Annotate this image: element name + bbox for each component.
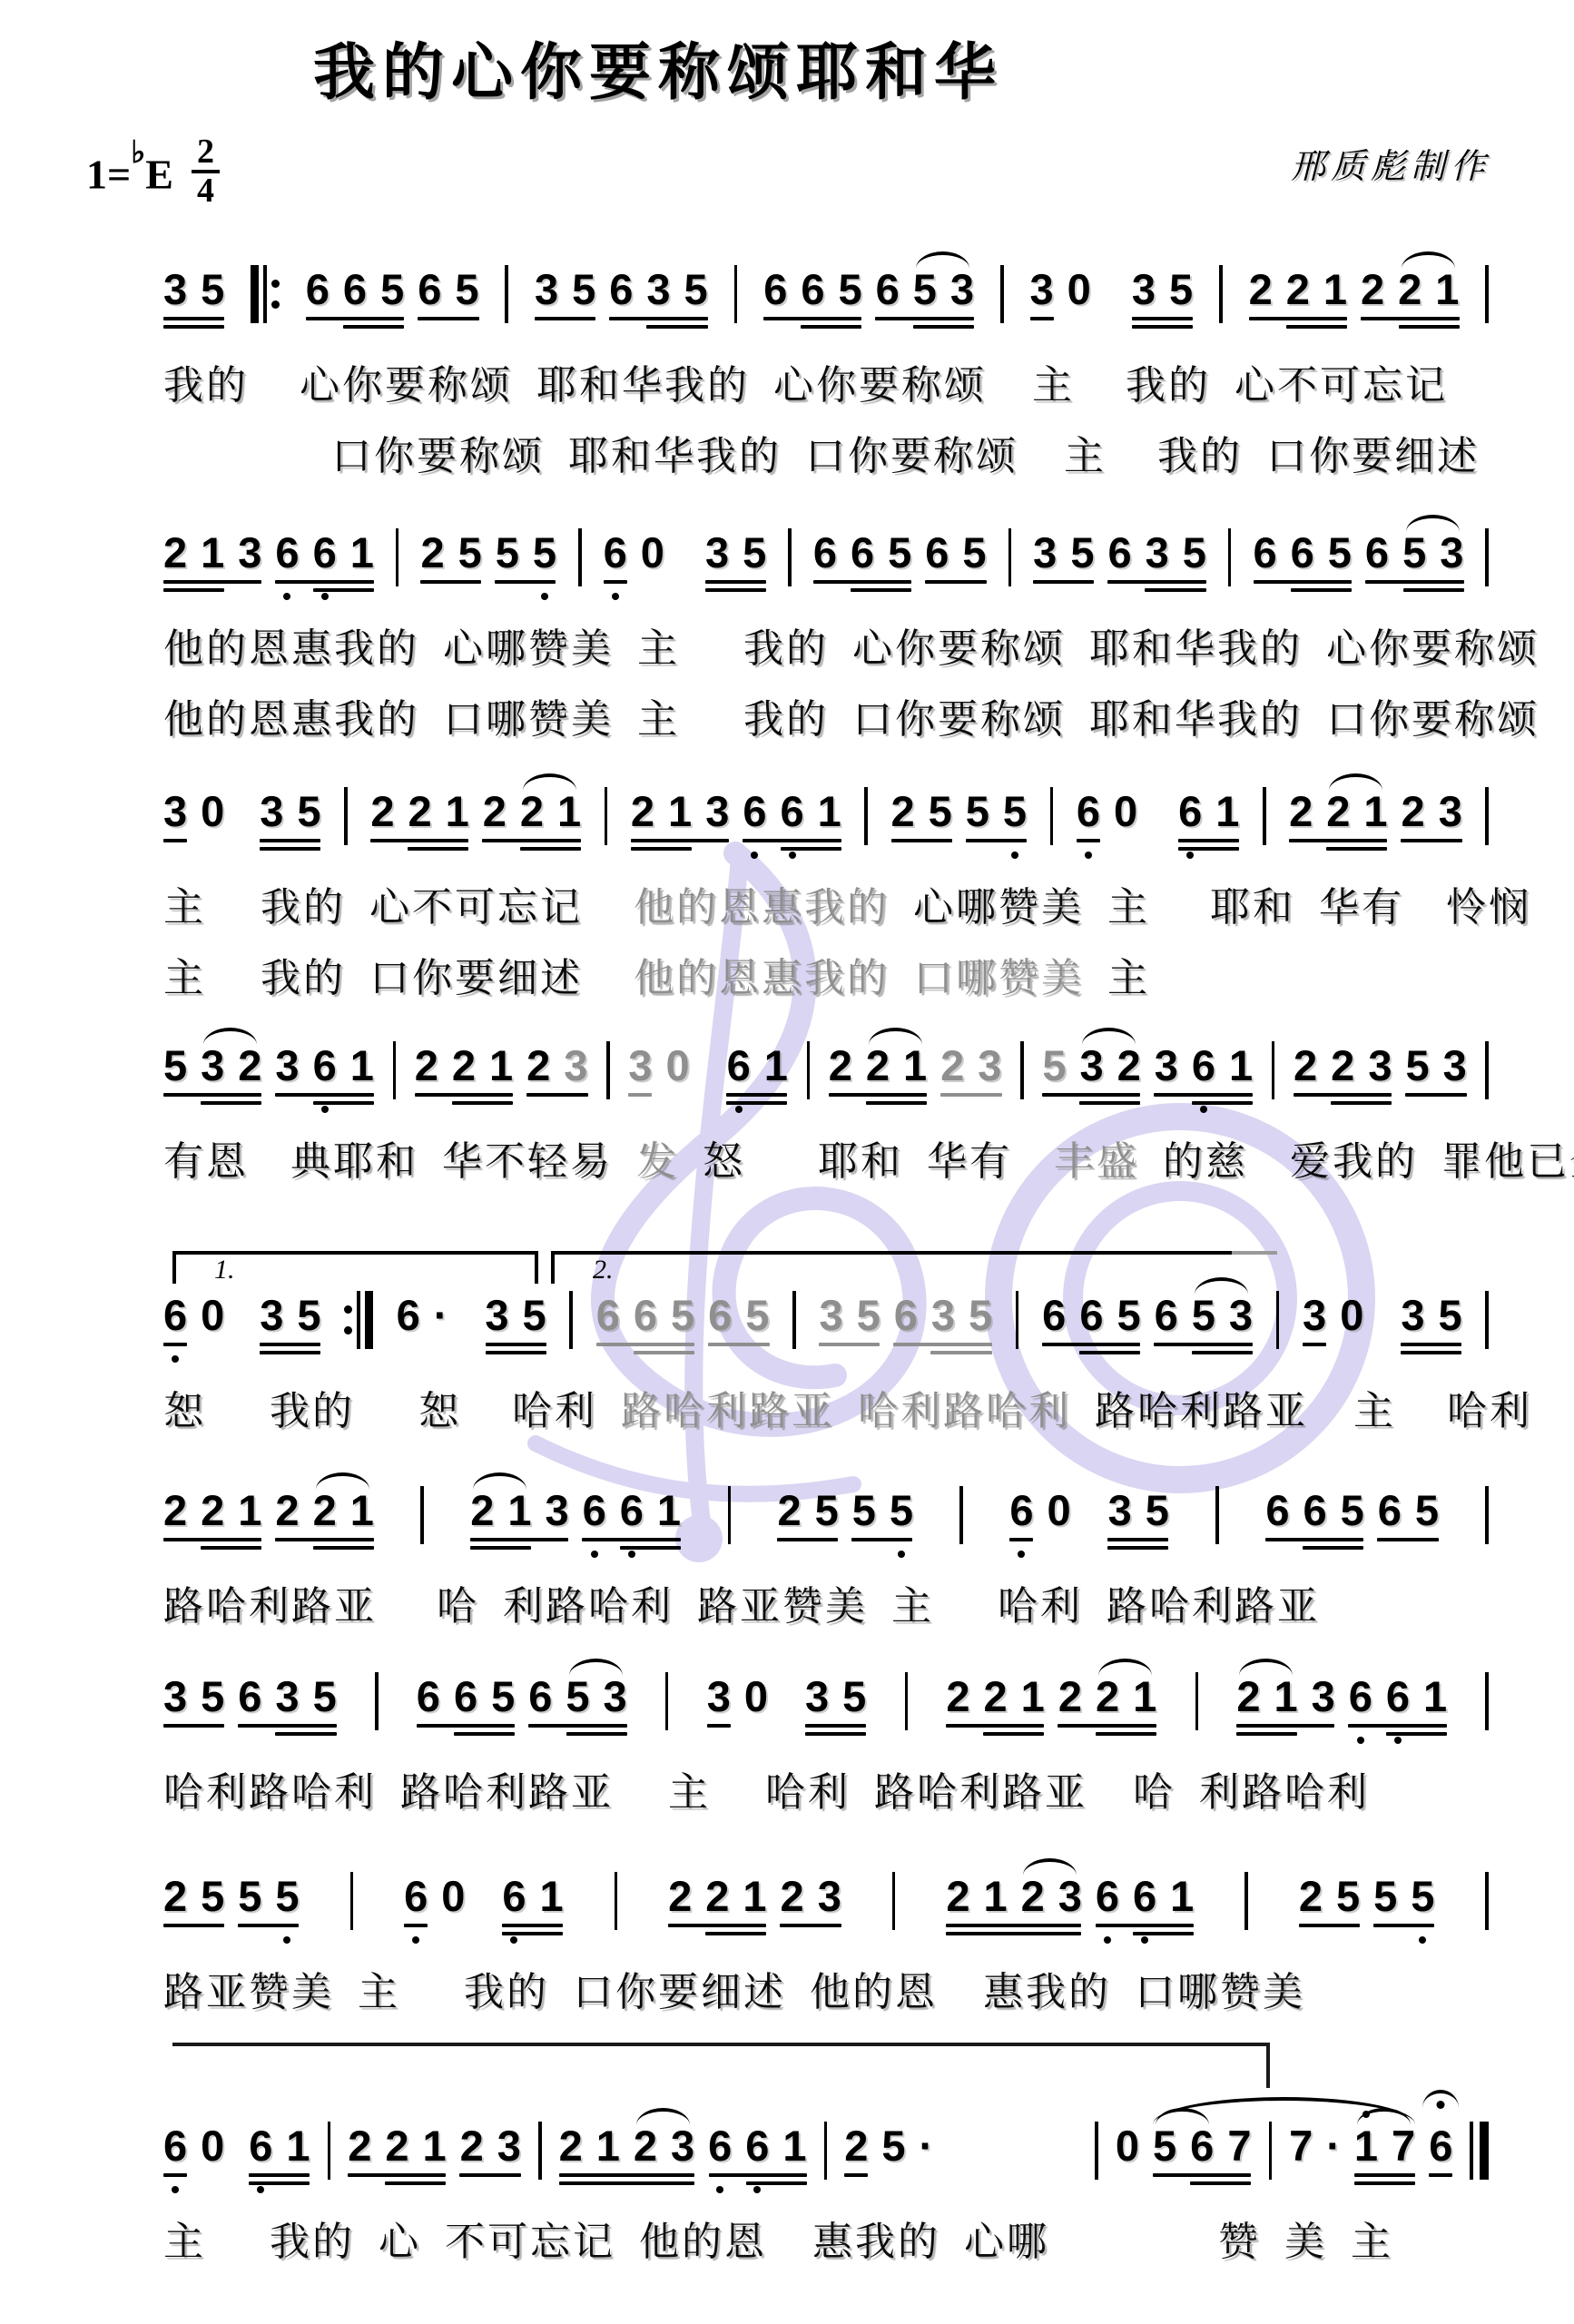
music-system: 3566565356356656533035221221我的心你要称颂耶和华我的… xyxy=(163,268,1489,481)
note: 6 xyxy=(1265,1489,1289,1531)
tie-arc xyxy=(203,1028,257,1045)
note: 5 xyxy=(966,790,989,832)
note: 1 xyxy=(1133,1675,1156,1718)
beam-line-2 xyxy=(502,1932,563,1935)
note: 6 xyxy=(418,268,441,310)
barline-thin xyxy=(1485,528,1489,586)
beam-line xyxy=(1401,839,1462,842)
note: 3 xyxy=(1033,531,1057,574)
note-row: 30352212212136612555606122123 xyxy=(163,790,1489,862)
beam-line-2 xyxy=(1401,1351,1461,1354)
beam-line xyxy=(1254,580,1352,584)
barline-re xyxy=(344,1291,373,1349)
note: 2 xyxy=(634,2124,657,2167)
beam-line xyxy=(1042,1343,1140,1346)
lyric: 口你要细述 xyxy=(1266,423,1480,481)
note: 1 xyxy=(1021,1675,1045,1718)
lyric: 耶和华我的 xyxy=(1089,615,1303,674)
note: 2 xyxy=(946,1875,969,1917)
beam-line xyxy=(891,839,952,842)
note: 3 xyxy=(950,268,974,310)
lyric-line: 路亚赞美主我的口你要细述他的恩惠我的口哪赞美 xyxy=(163,1959,1489,2017)
measure: 6061 xyxy=(1077,790,1240,862)
note: 6 xyxy=(249,2124,272,2167)
barline-thin xyxy=(824,2122,828,2180)
beam-line xyxy=(470,1538,568,1541)
note: 5 xyxy=(297,790,320,832)
note: 6 xyxy=(1192,1044,1215,1087)
note: 3 xyxy=(1030,268,1054,310)
beam-line xyxy=(1178,839,1239,842)
note: 2 xyxy=(1361,268,1384,310)
note: 3 xyxy=(1401,1294,1424,1336)
beam-line-2 xyxy=(260,847,320,851)
note: 5 xyxy=(890,1489,913,1531)
beam-line xyxy=(780,1924,841,1927)
note: 2 xyxy=(1402,790,1425,832)
beam-line-2 xyxy=(470,1546,531,1550)
note: 1 xyxy=(596,2124,620,2167)
beam-line-2 xyxy=(1354,2181,1415,2185)
note: 5 xyxy=(1341,1489,1364,1531)
lyric: 惠我的 xyxy=(983,1959,1111,2017)
beam-line xyxy=(1154,1343,1253,1346)
note: 7 xyxy=(1392,2124,1415,2167)
measure: 22123 xyxy=(1289,790,1462,862)
spacer xyxy=(950,2124,1077,2130)
note: 5 xyxy=(201,268,224,310)
note: 0 xyxy=(441,1875,465,1917)
barline-thin xyxy=(1272,1041,1275,1099)
barline-thin xyxy=(1228,528,1232,586)
measure: 25· xyxy=(844,2124,933,2196)
barline-fin xyxy=(1470,2122,1489,2180)
lyric: 主 xyxy=(163,945,206,1003)
note: 2 xyxy=(631,790,654,832)
note: 0 xyxy=(201,2124,224,2167)
barline-thin xyxy=(605,787,608,845)
note: 1 xyxy=(903,1044,927,1087)
beam-line-2 xyxy=(452,1101,513,1105)
lyric: 我的 xyxy=(1126,352,1211,410)
lyric: 主 xyxy=(637,615,680,674)
lyric: 心 xyxy=(379,2209,421,2267)
note: 3 xyxy=(1058,1875,1082,1917)
note: 3 xyxy=(1443,1044,1467,1087)
lyric: 利路哈利 xyxy=(503,1573,674,1631)
barline-thin xyxy=(393,1041,397,1099)
beam-line xyxy=(1030,317,1054,320)
beam-line xyxy=(163,580,261,584)
beam-line xyxy=(1354,2173,1415,2177)
note: 2 xyxy=(866,1044,890,1087)
note: 5 xyxy=(201,1875,224,1917)
note: 2 xyxy=(1021,1875,1045,1917)
lyric: 赞 xyxy=(1218,2209,1261,2267)
measure: 7·176 xyxy=(1289,2124,1452,2196)
lyric: 心你要称颂 xyxy=(773,352,987,410)
barline-thin xyxy=(1485,1872,1489,1930)
beam-line-2 xyxy=(343,325,404,329)
beam-line xyxy=(275,1538,374,1541)
note: 2 xyxy=(1294,1044,1317,1087)
lyric: 哈 xyxy=(437,1573,479,1631)
beam-line xyxy=(370,839,468,842)
lyric: 路亚赞美 xyxy=(163,1959,334,2017)
tie-arc xyxy=(316,1472,369,1490)
barline-thin xyxy=(1244,1872,1248,1930)
note: 7 xyxy=(1289,2124,1313,2167)
beam-line xyxy=(1107,1538,1168,1541)
lyric: 他的恩惠我的 xyxy=(634,874,890,932)
beam-line-2 xyxy=(1286,325,1347,329)
beam-line-2 xyxy=(1303,1546,1363,1550)
note: 5 xyxy=(275,1875,299,1917)
lyric: 耶和 xyxy=(818,1128,903,1187)
note: 2 xyxy=(1058,1675,1082,1718)
note: 3 xyxy=(646,268,670,310)
beam-line xyxy=(1294,1093,1392,1097)
beam-line xyxy=(260,1343,320,1346)
fermata-dot xyxy=(1437,2101,1445,2109)
lyric: 口哪赞美 xyxy=(1135,1959,1305,2017)
beam-line xyxy=(1132,317,1193,320)
note: 5 xyxy=(857,1294,880,1336)
note: 2 xyxy=(829,1044,852,1087)
note: 2 xyxy=(238,1044,261,1087)
note: 2 xyxy=(1289,790,1313,832)
lyric: 耶和 xyxy=(1210,874,1295,932)
lyric: 恕 xyxy=(163,1378,206,1436)
note: 2 xyxy=(1299,1875,1323,1917)
note: 5 xyxy=(881,2124,905,2167)
note: 6 xyxy=(238,1675,261,1718)
note: 0 xyxy=(1114,790,1137,832)
note: 3 xyxy=(604,1675,627,1718)
note: 5 xyxy=(1415,1489,1439,1531)
lyric-line: 我的心你要称颂耶和华我的心你要称颂主我的心不可忘记 xyxy=(163,352,1489,410)
beam-line xyxy=(238,1724,337,1728)
lyric: 主 xyxy=(1351,2209,1393,2267)
note-row: 2212212136612555603566565 xyxy=(163,1489,1489,1561)
barline-thin xyxy=(1485,265,1489,323)
beam-line-2 xyxy=(408,847,468,851)
beam-line-2 xyxy=(559,2181,694,2185)
note: 0 xyxy=(1067,268,1091,310)
beam-line xyxy=(417,1724,515,1728)
note: 5 xyxy=(455,268,478,310)
measure: 6035 xyxy=(604,531,767,603)
beam-line xyxy=(404,1924,428,1927)
beam-line-2 xyxy=(1190,2181,1251,2185)
beam-line xyxy=(1249,317,1347,320)
beam-line xyxy=(163,1724,224,1728)
lyric-line: 他的恩惠我的口哪赞美主我的口你要称颂耶和华我的口你要称颂 xyxy=(163,686,1489,744)
lyric: 哈利 xyxy=(1447,1378,1532,1436)
beam-line xyxy=(1377,1538,1439,1541)
note: 5 xyxy=(913,268,937,310)
note: 2 xyxy=(520,790,544,832)
barline-thin xyxy=(1219,265,1223,323)
measure: 66565 xyxy=(596,1294,770,1365)
note: 1 xyxy=(668,790,692,832)
section-separator-line xyxy=(172,2043,1270,2088)
lyric: 心你要称颂 xyxy=(300,352,513,410)
measure: 6·35 xyxy=(397,1294,546,1365)
measure: 66565 xyxy=(1265,1489,1439,1561)
note: 3 xyxy=(163,1675,187,1718)
note: 5 xyxy=(297,1294,320,1336)
note: 0 xyxy=(201,790,224,832)
tie-arc xyxy=(1098,1659,1152,1676)
note: 2 xyxy=(940,1044,964,1087)
beam-line-2 xyxy=(1326,847,1387,851)
volta-2-extension-line xyxy=(1232,1251,1277,1255)
note: 1 xyxy=(1423,1675,1447,1718)
note: 5 xyxy=(969,1294,992,1336)
barline-thin xyxy=(807,1041,811,1099)
measure: 2555 xyxy=(891,790,1028,862)
lyric: 哈利 xyxy=(512,1378,597,1436)
barline-thin xyxy=(792,1291,796,1349)
note: 6 xyxy=(609,268,633,310)
note: 3 xyxy=(671,2124,694,2167)
note: 5 xyxy=(962,531,986,574)
lyric: 的慈 xyxy=(1163,1128,1248,1187)
note: 5 xyxy=(684,268,708,310)
note: 5 xyxy=(201,1675,224,1718)
lyric: 我的 xyxy=(743,686,829,744)
song-title: 我的心你要称颂耶和华 xyxy=(0,24,1316,112)
barline-thin xyxy=(1269,2122,1273,2180)
lyric: 路哈利路亚 xyxy=(400,1759,614,1817)
barline-thin xyxy=(344,787,348,845)
beam-line xyxy=(708,1343,770,1346)
lyric: 我的 xyxy=(743,615,829,674)
note: 6 xyxy=(397,1294,420,1336)
note: 1 xyxy=(350,1489,374,1531)
note: 2 xyxy=(163,1875,187,1917)
lyric: 主 xyxy=(891,1573,934,1631)
lyric: 罪他已全宽 xyxy=(1441,1128,1574,1187)
note: 0 xyxy=(744,1675,768,1718)
lyric: 主 xyxy=(1353,1378,1396,1436)
beam-line xyxy=(1348,1724,1447,1728)
music-system: 213661255560356656535635665653他的恩惠我的心哪赞美… xyxy=(163,531,1489,744)
note: 2 xyxy=(891,790,915,832)
music-system: 60356·3566565356356656533035恕我的恕哈利路哈利路亚哈… xyxy=(163,1294,1489,1436)
beam-line xyxy=(705,580,766,584)
note-row: 5323612212330612212353236122353 xyxy=(163,1044,1489,1116)
tie-arc xyxy=(1329,773,1382,791)
lyric: 我的 xyxy=(464,1959,549,2017)
barline-thin xyxy=(578,528,582,586)
note: 2 xyxy=(415,1044,438,1087)
beam-line-2 xyxy=(313,1546,374,1550)
note: 5 xyxy=(1336,1875,1360,1917)
music-system: 255560612212321236612555路亚赞美主我的口你要细述他的恩惠… xyxy=(163,1875,1489,2017)
note: 5 xyxy=(1070,531,1094,574)
tie-arc xyxy=(636,2108,690,2125)
lyric: 我的 xyxy=(1157,423,1243,481)
beam-line-2 xyxy=(946,1932,1081,1935)
lyric: 怜悯 xyxy=(1446,874,1531,932)
barline-thin xyxy=(728,1486,732,1544)
beam-line-2 xyxy=(313,588,374,592)
lyric: 主 xyxy=(1107,874,1150,932)
note: 5 xyxy=(496,531,519,574)
note: 2 xyxy=(163,531,187,574)
music-system: 5323612212330612212353236122353有恩典耶和华不轻易… xyxy=(163,1044,1489,1187)
note: 1 xyxy=(782,2124,806,2167)
barline-thin xyxy=(606,1041,610,1099)
beam-line xyxy=(707,1724,731,1728)
barline-thin xyxy=(788,528,792,586)
barline-thin xyxy=(905,1672,909,1730)
key-signature: 1=♭E 2 4 xyxy=(86,134,220,209)
barline-thin xyxy=(1485,1672,1489,1730)
lyric: 口你要称颂 xyxy=(331,423,545,481)
beam-line xyxy=(163,1343,187,1346)
note: 6 xyxy=(583,1489,606,1531)
note: 3 xyxy=(564,1044,587,1087)
beam-line xyxy=(1401,1343,1461,1346)
note: 6 xyxy=(763,268,787,310)
beam-line-2 xyxy=(520,847,581,851)
note: 5 xyxy=(929,790,952,832)
lyric: 口你要称颂 xyxy=(805,423,1018,481)
lyric: 主 xyxy=(358,1959,400,2017)
beam-line xyxy=(1361,317,1460,320)
lyric: 心你要称颂 xyxy=(852,615,1066,674)
lyric: 主 xyxy=(637,686,680,744)
note-row: 60356·3566565356356656533035 xyxy=(163,1294,1489,1365)
beam-line-2 xyxy=(1133,1932,1194,1935)
note: 5 xyxy=(380,268,404,310)
beam-line xyxy=(495,580,556,584)
note: 1 xyxy=(423,2124,447,2167)
volta-2-label: 2. xyxy=(593,1255,614,1285)
lyric: 耶和华我的 xyxy=(1089,686,1303,744)
note: 2 xyxy=(483,790,507,832)
measure: 2555 xyxy=(777,1489,913,1561)
note: 1 xyxy=(657,1489,681,1531)
lyric: 哈利 xyxy=(998,1573,1083,1631)
note: 2 xyxy=(1117,1044,1141,1087)
measure: 221221 xyxy=(946,1675,1156,1747)
tie-arc xyxy=(523,773,576,791)
note: 2 xyxy=(1236,1675,1260,1718)
note: 1 xyxy=(238,1489,261,1531)
lyric: 哈利路哈利 xyxy=(163,1759,377,1817)
note: 3 xyxy=(805,1675,829,1718)
note: 6 xyxy=(1386,1675,1410,1718)
music-system: 606122123212366125·05677·176主我的心不可忘记他的恩惠… xyxy=(163,2124,1489,2267)
beam-line xyxy=(946,1924,1081,1927)
note: 1 xyxy=(1435,268,1459,310)
time-signature: 2 4 xyxy=(192,134,220,209)
note: 3 xyxy=(978,1044,1001,1087)
beam-line-2 xyxy=(163,588,224,592)
beam-line xyxy=(1303,1343,1326,1346)
note-row: 606122123212366125·05677·176 xyxy=(163,2124,1489,2196)
note: 3 xyxy=(497,2124,521,2167)
beam-line-2 xyxy=(1291,588,1352,592)
note: 5 xyxy=(1042,1044,1066,1087)
music-system: 356356656533035221221213661哈利路哈利路哈利路亚主哈利… xyxy=(163,1675,1489,1817)
note: 2 xyxy=(460,2124,484,2167)
note: 2 xyxy=(420,531,444,574)
barline-thin xyxy=(1263,787,1266,845)
beam-line xyxy=(875,317,974,320)
beam-line-2 xyxy=(705,1932,766,1935)
note: 2 xyxy=(452,1044,476,1087)
beam-line-2 xyxy=(1386,1732,1447,1736)
note: 2 xyxy=(705,1875,729,1917)
lyric-line: 他的恩惠我的心哪赞美主我的心你要称颂耶和华我的心你要称颂 xyxy=(163,615,1489,674)
lyric: 哈利路哈利 xyxy=(858,1378,1071,1436)
beam-line xyxy=(163,1924,224,1927)
volta-bracket-1: 1. xyxy=(172,1251,538,1284)
barline-thin xyxy=(1016,1291,1019,1349)
note: 7 xyxy=(1227,2124,1251,2167)
beam-line-2 xyxy=(805,1732,866,1736)
tie-arc xyxy=(1023,1858,1077,1876)
note: 5 xyxy=(1402,531,1426,574)
note: 6 xyxy=(1096,1875,1119,1917)
lyric: 心你要称颂 xyxy=(1326,615,1540,674)
measure: 22123 xyxy=(415,1044,588,1116)
note: 3 xyxy=(1229,1294,1253,1336)
lyric-line: 哈利路哈利路哈利路亚主哈利路哈利路亚哈利路哈利 xyxy=(163,1759,1489,1817)
barline-thin xyxy=(959,1486,963,1544)
note: 3 xyxy=(1368,1044,1392,1087)
measure: 0567 xyxy=(1116,2124,1252,2196)
note: 3 xyxy=(1440,531,1463,574)
lyric: 路亚赞美 xyxy=(697,1573,868,1631)
measure: 665653 xyxy=(1254,531,1464,603)
lyric: 华有 xyxy=(1319,874,1404,932)
note: 6 xyxy=(801,268,824,310)
measure: 221221 xyxy=(370,790,581,862)
measure: 22123 xyxy=(348,2124,521,2196)
note: 3 xyxy=(1079,1044,1103,1087)
note: 6 xyxy=(596,1294,620,1336)
beam-line xyxy=(743,839,841,842)
measure: 213661 xyxy=(631,790,841,862)
note: 6 xyxy=(634,1294,657,1336)
note: 6 xyxy=(780,790,803,832)
beam-line-2 xyxy=(486,1351,546,1354)
note: 5 xyxy=(888,531,911,574)
note: 5 xyxy=(745,1294,769,1336)
note: 6 xyxy=(1291,531,1314,574)
note: 6 xyxy=(454,1675,477,1718)
lyric-line: 口你要称颂耶和华我的口你要称颂主我的口你要细述 xyxy=(331,423,1489,481)
lyric: 典耶和 xyxy=(290,1128,418,1187)
beam-line-2 xyxy=(726,1101,787,1105)
beam-line xyxy=(1077,839,1100,842)
lyric: 口哪赞美 xyxy=(443,686,614,744)
barline-thin xyxy=(505,265,508,323)
beam-line xyxy=(1107,580,1206,584)
note: 3 xyxy=(1303,1294,1326,1336)
lyric-line: 主我的口你要细述他的恩惠我的口哪赞美主 xyxy=(163,945,1489,1003)
note: 1 xyxy=(201,531,224,574)
measure: 221221 xyxy=(1249,268,1460,340)
beam-line-2 xyxy=(930,1351,992,1354)
beam-line xyxy=(1265,1538,1363,1541)
